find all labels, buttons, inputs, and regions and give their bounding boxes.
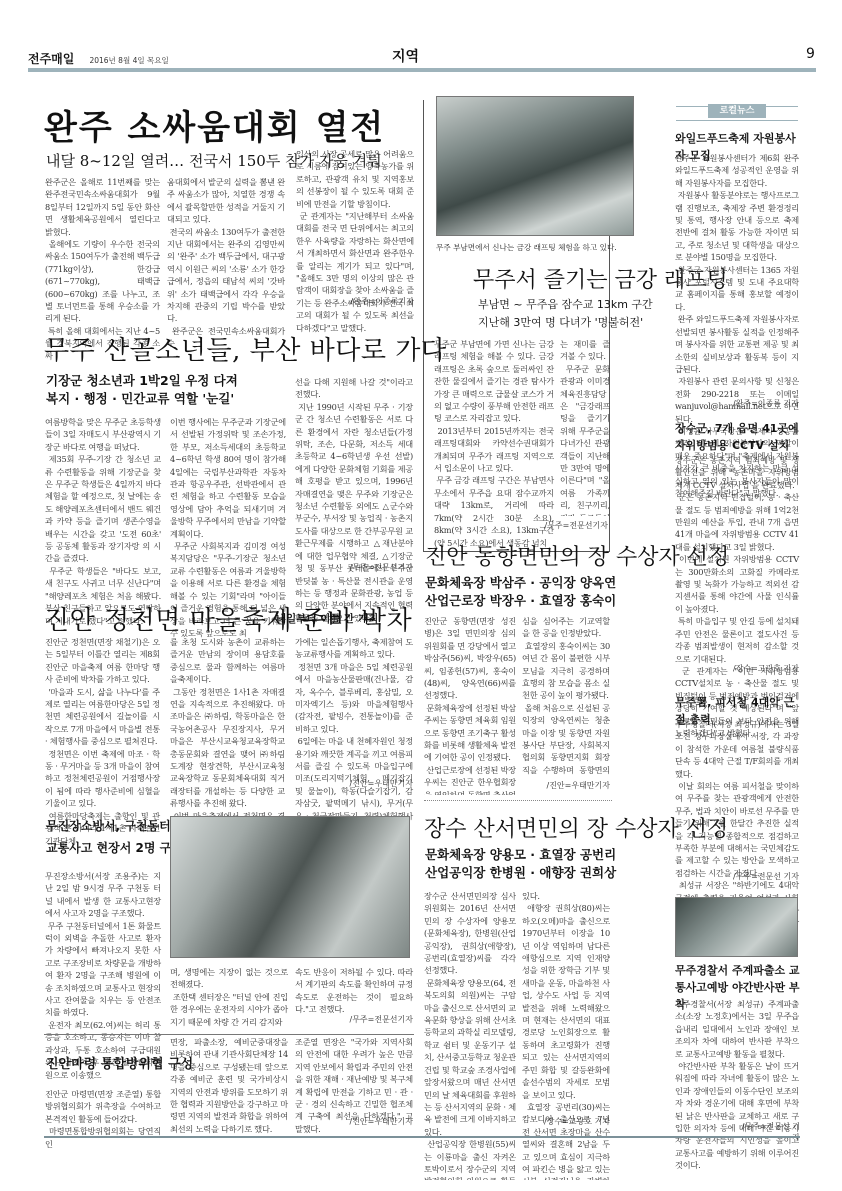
- bottom-rule: [44, 1136, 612, 1138]
- headline-muju-boys: 무주 산골소년들, 부산 바다로 가다: [44, 330, 446, 367]
- subhead-muju-boys-2: 복지 · 행정 · 민간교류 역할 '눈길': [46, 390, 234, 408]
- sidebar-bottom-rule: [612, 1136, 800, 1138]
- tunnel-col3: 속도 반응이 저하될 수 있다. 따라서 계기판의 속도를 확인하며 규정속도로…: [295, 966, 413, 1016]
- headline-wanju: 완주 소싸움대회 열전: [44, 100, 385, 149]
- jeongcheon-col3: 가에는 일손돕기행사, 축제참여 도농교류행사를 계획하고 있다. 정천면 3개…: [295, 636, 413, 835]
- donghyang-col1: 진안군 동향면(면장 성진병)은 3일 면민의장 심의위원회를 면 강당에서 열…: [424, 615, 516, 795]
- muju-boys-col3: 선을 다해 지원해 나갈 것"이라고 전했다. 지난 1990년 시작된 무주 …: [295, 376, 413, 624]
- tunnel-col2: 며, 생명에는 지장이 없는 것으로 전해졌다. 조한택 센터장은 "터널 안에…: [170, 966, 288, 1028]
- sidebar-item-byline-3: /무주=전문선 기자: [740, 1121, 800, 1143]
- tunnel-col1: 무진장소방서(서장 조용주)는 지난 2일 밤 9시경 무주 구천동 터널 내에…: [45, 870, 161, 1081]
- donghyang-byline: /진안=우태만기자: [522, 780, 610, 791]
- rafting-col2: 는 재미를 즐겨볼 수 있다. 무주군 문화관광과 이미경 체육진흥담당은 "금…: [560, 338, 610, 516]
- sidebar-badge-rule: [676, 120, 798, 121]
- subhead-rafting-1: 부남면 ~ 무주읍 잠수교 13km 구간: [478, 296, 653, 314]
- donghyang-col2: 심을 심어주는 기교역할을 한 공을 인정받았다. 효열장의 홍숙이씨는 30여…: [522, 615, 610, 775]
- sidebar-item-byline-0: /완주=이종록 기자: [675, 398, 799, 409]
- subhead-jeongcheon: 내일부터 이틀 간 개최: [276, 610, 378, 628]
- wanju-byline: /완주=이종록기자: [296, 296, 414, 307]
- maryeong-col2: 면장, 파출소장, 예비군중대장을 비롯하여 관내 기관사회단체장 14명을 중…: [170, 1036, 288, 1135]
- headline-tunnel-2: 교통사고 현장서 2명 구조: [46, 840, 183, 857]
- issue-date: 2016년 8월 4일 목요일: [89, 56, 168, 65]
- sidebar-item-title-1: 장수군, 7개 읍면 41곳에 자위방범용 CCTV 설치: [675, 420, 800, 454]
- paper-name: 전주매일: [28, 52, 74, 66]
- rafting-byline: /무주=전문선기자: [536, 520, 608, 531]
- rafting-photo-caption: 무주 부남면에서 신나는 금강 래프팅 체험을 하고 있다.: [436, 242, 636, 253]
- rafting-col1: 무주군 부남면에 가면 신나는 금강 래프팅 체험을 해볼 수 있다. 금강 래…: [434, 338, 554, 549]
- jeongcheon-byline: /진안=우태만기자: [295, 778, 413, 789]
- maryeong-col1: 진안군 마령면(면장 조준열) 통합방위협의회가 위촉장을 수여하고 본격적인 …: [45, 1088, 161, 1150]
- section-divider: [424, 800, 612, 801]
- subhead-donghyang-1: 문화체육장 박삼주 · 공익장 양옥연: [425, 574, 616, 592]
- rafting-photo: [436, 96, 634, 236]
- police-reflector-photo: [675, 897, 798, 957]
- muju-boys-byline: /무주=전문선기자: [295, 562, 413, 573]
- masthead: 전주매일 2016년 8월 4일 목요일: [28, 48, 498, 68]
- jeongcheon-col1: 진안군 정천면(면장 채철기)은 오는 5일부터 이틀간 열리는 제8회 진안군…: [45, 636, 160, 847]
- local-news-badge: 로컬뉴스: [708, 104, 766, 118]
- subhead-sanseo-2: 산업공익장 한병원 · 애향장 권희상: [425, 864, 616, 882]
- section-title: 지역: [392, 46, 419, 66]
- subhead-sanseo-1: 문화체육장 양용모 · 효열장 공번리: [425, 846, 616, 864]
- sidebar-item-byline-1: /장수=고관호 기자: [675, 663, 799, 674]
- sanseo-byline: /장수=고광호 기자: [522, 1116, 610, 1127]
- sidebar-item-byline-2: /무주=전문선 기자: [675, 871, 799, 882]
- maryeong-top-rule: [44, 1034, 414, 1035]
- sidebar-item-body-3: 무주경찰서(서장 최성규) 주계파출소(소장 노정호)에서는 3일 무주읍 읍내…: [675, 998, 799, 1172]
- tunnel-byline: /무주=전문선기자: [295, 1014, 413, 1025]
- page-number: 9: [806, 46, 815, 62]
- subhead-rafting-2: 지난해 3만여 명 다녀가 '명불허전': [478, 314, 643, 332]
- subhead-donghyang-2: 산업근로장 박장우 · 효열장 홍숙이: [425, 592, 616, 610]
- masthead-rule: [28, 68, 816, 72]
- subhead-muju-boys-1: 기장군 청소년과 1박2일 우정 다져: [46, 372, 238, 390]
- wanju-col2: 움대회에서 발군의 실력을 뽐낸 완주 싸움소가 많아, 치열한 경쟁 속에서 …: [167, 176, 285, 350]
- tunnel-rescue-photo: [170, 816, 410, 958]
- maryeong-byline: /진안=우태만기자: [295, 1116, 413, 1127]
- headline-tunnel-1: 무진장소방서, 구천동터널: [46, 818, 182, 835]
- muju-boys-col1: 여름방학을 맞은 무주군 초등학생들이 3일 자매도시 부산광역시 기장군 바다…: [45, 416, 161, 627]
